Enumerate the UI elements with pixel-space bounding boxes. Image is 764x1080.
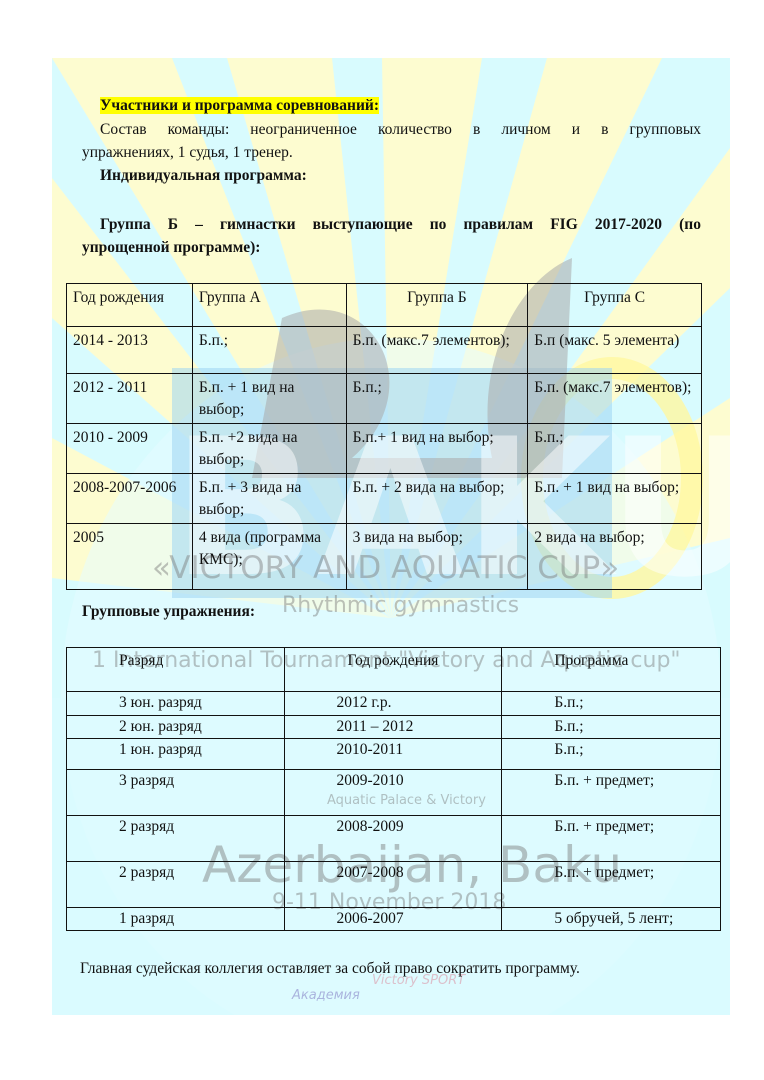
table-row: 1 юн. разряд2010-2011Б.п.; bbox=[67, 739, 721, 770]
table-cell: 2006-2007 bbox=[284, 908, 502, 931]
header-cell: Год рождения bbox=[284, 648, 502, 692]
table-cell: Б.п. + предмет; bbox=[502, 816, 721, 862]
group-b-line1: Группа Б – гимнастки выступающие по прав… bbox=[100, 214, 701, 236]
header-cell: Группа А bbox=[192, 284, 346, 327]
table-cell: 2 разряд bbox=[67, 862, 285, 908]
table-cell: Б.п. + предмет; bbox=[502, 862, 721, 908]
table-header-row: РазрядГод рожденияПрограмма bbox=[67, 648, 721, 692]
table-cell: 2009-2010 bbox=[284, 770, 502, 816]
table-cell: 2014 - 2013 bbox=[67, 327, 193, 374]
footer-note: Главная судейская коллегия оставляет за … bbox=[80, 958, 580, 980]
table-cell: Б.п. + 1 вид на выбор; bbox=[528, 474, 702, 524]
table-row: 2 юн. разряд2011 – 2012Б.п.; bbox=[67, 716, 721, 739]
table-header-row: Год рожденияГруппа АГруппа БГруппа С bbox=[67, 284, 702, 327]
table-row: 2 разряд2008-2009Б.п. + предмет; bbox=[67, 816, 721, 862]
table-cell: Б.п.; bbox=[502, 692, 721, 716]
group-b-line2: упрощенной программе): bbox=[82, 237, 260, 259]
table-cell: 2 юн. разряд bbox=[67, 716, 285, 739]
table-cell: Б.п. +2 вида на выбор; bbox=[192, 424, 346, 474]
header-cell: Разряд bbox=[67, 648, 285, 692]
table-row: 3 юн. разряд2012 г.р.Б.п.; bbox=[67, 692, 721, 716]
table-row: 2 разряд2007-2008Б.п. + предмет; bbox=[67, 862, 721, 908]
team-text-line2: упражнениях, 1 судья, 1 тренер. bbox=[82, 142, 293, 164]
table-cell: Б.п.; bbox=[502, 739, 721, 770]
table-row: 1 разряд2006-20075 обручей, 5 лент; bbox=[67, 908, 721, 931]
table-cell: Б.п (макс. 5 элемента) bbox=[528, 327, 702, 374]
individual-heading: Индивидуальная программа: bbox=[100, 165, 307, 187]
table-cell: Б.п.; bbox=[502, 716, 721, 739]
highlighted-heading: Участники и программа соревнований: bbox=[100, 97, 379, 114]
group-exercises-heading: Групповые упражнения: bbox=[82, 601, 255, 623]
table-row: 3 разряд2009-2010Б.п. + предмет; bbox=[67, 770, 721, 816]
table-cell: 3 разряд bbox=[67, 770, 285, 816]
table-cell: 2010 - 2009 bbox=[67, 424, 193, 474]
table-cell: 3 вида на выбор; bbox=[346, 524, 528, 590]
table-cell: 4 вида (программа КМС); bbox=[192, 524, 346, 590]
table-cell: 2008-2007-2006 bbox=[67, 474, 193, 524]
table-row: 20054 вида (программа КМС);3 вида на выб… bbox=[67, 524, 702, 590]
table-row: 2010 - 2009Б.п. +2 вида на выбор;Б.п.+ 1… bbox=[67, 424, 702, 474]
individual-program-table: Год рожденияГруппа АГруппа БГруппа С 201… bbox=[66, 283, 702, 590]
table-cell: Б.п. + 1 вид на выбор; bbox=[192, 374, 346, 424]
group-program-table: РазрядГод рожденияПрограмма 3 юн. разряд… bbox=[66, 647, 721, 931]
document-page: Участники и программа соревнований: Сост… bbox=[0, 0, 764, 1080]
header-cell: Группа С bbox=[528, 284, 702, 327]
table-cell: Б.п.; bbox=[528, 424, 702, 474]
table-cell: Б.п. (макс.7 элементов); bbox=[528, 374, 702, 424]
table-cell: 2007-2008 bbox=[284, 862, 502, 908]
table-cell: 3 юн. разряд bbox=[67, 692, 285, 716]
section-heading: Участники и программа соревнований: bbox=[100, 95, 379, 117]
table-cell: Б.п.; bbox=[192, 327, 346, 374]
team-text-line1: Состав команды: неограниченное количеств… bbox=[100, 119, 701, 141]
table-cell: Б.п. + 2 вида на выбор; bbox=[346, 474, 528, 524]
table-cell: 2 вида на выбор; bbox=[528, 524, 702, 590]
table-cell: 2005 bbox=[67, 524, 193, 590]
header-cell: Год рождения bbox=[67, 284, 193, 327]
table-cell: Б.п. + предмет; bbox=[502, 770, 721, 816]
table-cell: 2010-2011 bbox=[284, 739, 502, 770]
table-cell: 2008-2009 bbox=[284, 816, 502, 862]
table-cell: Б.п.+ 1 вид на выбор; bbox=[346, 424, 528, 474]
header-cell: Группа Б bbox=[346, 284, 528, 327]
table-cell: 2012 - 2011 bbox=[67, 374, 193, 424]
table-cell: 1 юн. разряд bbox=[67, 739, 285, 770]
table-cell: Б.п. (макс.7 элементов); bbox=[346, 327, 528, 374]
table-cell: 2012 г.р. bbox=[284, 692, 502, 716]
table-row: 2014 - 2013Б.п.;Б.п. (макс.7 элементов);… bbox=[67, 327, 702, 374]
table-cell: Б.п.; bbox=[346, 374, 528, 424]
table-cell: Б.п. + 3 вида на выбор; bbox=[192, 474, 346, 524]
table-cell: 2 разряд bbox=[67, 816, 285, 862]
table-cell: 1 разряд bbox=[67, 908, 285, 931]
table-row: 2008-2007-2006Б.п. + 3 вида на выбор;Б.п… bbox=[67, 474, 702, 524]
table-cell: 2011 – 2012 bbox=[284, 716, 502, 739]
table-row: 2012 - 2011Б.п. + 1 вид на выбор;Б.п.;Б.… bbox=[67, 374, 702, 424]
header-cell: Программа bbox=[502, 648, 721, 692]
table-cell: 5 обручей, 5 лент; bbox=[502, 908, 721, 931]
